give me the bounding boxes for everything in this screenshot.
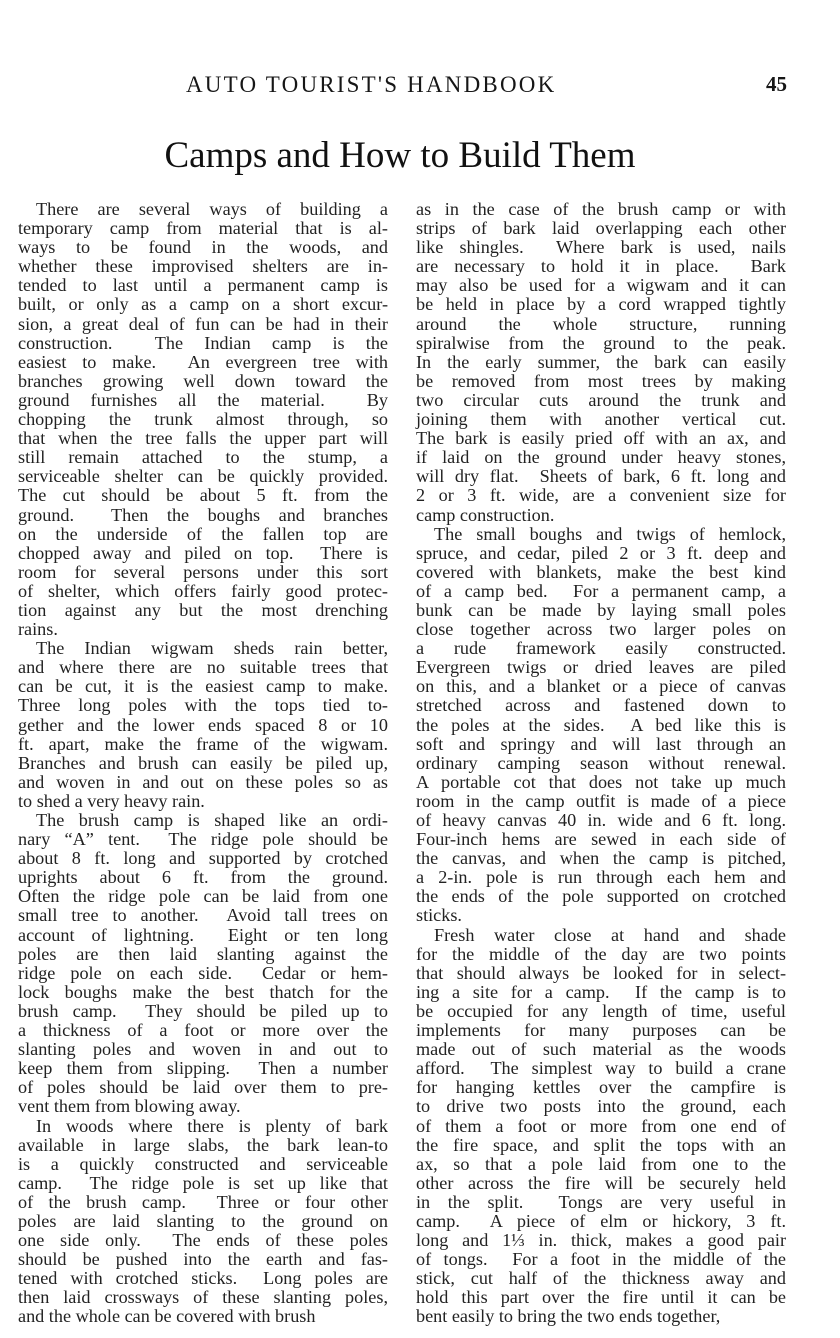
text-line: of heavy canvas 40 in. wide and 6 ft. lo…	[416, 811, 786, 830]
text-line: chopped away and piled on top. There is	[18, 544, 388, 563]
text-line: in the split. Tongs are very useful in	[416, 1193, 786, 1212]
text-line: branches growing well down toward the	[18, 372, 388, 391]
text-line: sion, a great deal of fun can be had in …	[18, 315, 388, 334]
text-line: whether these improvised shelters are in…	[18, 257, 388, 276]
paragraph: The brush camp is shaped like an ordi-na…	[18, 811, 388, 1117]
text-line: about 8 ft. long and supported by crotch…	[18, 849, 388, 868]
text-line: to drive two posts into the ground, each	[416, 1097, 786, 1116]
text-line: hold this part over the fire until it ca…	[416, 1288, 786, 1307]
text-line: be held in place by a cord wrapped tight…	[416, 295, 786, 314]
text-line: sticks.	[416, 906, 786, 925]
text-line: keep them from slipping. Then a number	[18, 1059, 388, 1078]
text-line: ground. Then the boughs and branches	[18, 506, 388, 525]
text-line: temporary camp from material that is al-	[18, 219, 388, 238]
text-line: will dry flat. Sheets of bark, 6 ft. lon…	[416, 467, 786, 486]
text-line: vent them from blowing away.	[18, 1097, 388, 1116]
text-line: Branches and brush can easily be piled u…	[18, 754, 388, 773]
text-line: covered with blankets, make the best kin…	[416, 563, 786, 582]
text-line: of them a foot or more from one end of	[416, 1117, 786, 1136]
text-line: still remain attached to the stump, a	[18, 448, 388, 467]
text-line: nary “A” tent. The ridge pole should be	[18, 830, 388, 849]
text-line: stick, cut half of the thickness away an…	[416, 1269, 786, 1288]
text-line: Fresh water close at hand and shade	[416, 926, 786, 945]
text-line: The Indian wigwam sheds rain better,	[18, 639, 388, 658]
text-line: ax, so that a pole laid from one to the	[416, 1155, 786, 1174]
text-line: The small boughs and twigs of hemlock,	[416, 525, 786, 544]
text-line: In woods where there is plenty of bark	[18, 1117, 388, 1136]
text-line: a thickness of a foot or more over the	[18, 1021, 388, 1040]
text-line: to shed a very heavy rain.	[18, 792, 388, 811]
text-line: of tongs. For a foot in the middle of th…	[416, 1250, 786, 1269]
text-line: are necessary to hold it in place. Bark	[416, 257, 786, 276]
text-line: joining them with another vertical cut.	[416, 410, 786, 429]
left-column: There are several ways of building atemp…	[18, 200, 388, 1327]
text-line: room in the camp outfit is made of a pie…	[416, 792, 786, 811]
text-line: 2 or 3 ft. wide, are a convenient size f…	[416, 486, 786, 505]
text-line: can be cut, it is the easiest camp to ma…	[18, 677, 388, 696]
text-line: ft. apart, make the frame of the wigwam.	[18, 735, 388, 754]
text-line: spiralwise from the ground to the peak.	[416, 334, 786, 353]
text-line: for the middle of the day are two points	[416, 945, 786, 964]
text-line: There are several ways of building a	[18, 200, 388, 219]
text-line: ing a site for a camp. If the camp is to	[416, 983, 786, 1002]
text-line: lock boughs make the best thatch for the	[18, 983, 388, 1002]
text-line: of a camp bed. For a permanent camp, a	[416, 582, 786, 601]
text-line: that should always be looked for in sele…	[416, 964, 786, 983]
text-line: In the early summer, the bark can easily	[416, 353, 786, 372]
text-line: poles are laid slanting to the ground on	[18, 1212, 388, 1231]
text-line: afford. The simplest way to build a cran…	[416, 1059, 786, 1078]
text-line: chopping the trunk almost through, so	[18, 410, 388, 429]
text-line: two circular cuts around the trunk and	[416, 391, 786, 410]
chapter-title: Camps and How to Build Them	[0, 134, 800, 177]
text-line: as in the case of the brush camp or with	[416, 200, 786, 219]
paragraph: The Indian wigwam sheds rain better,and …	[18, 639, 388, 811]
paragraph: as in the case of the brush camp or with…	[416, 200, 786, 525]
text-line: of shelter, which offers fairly good pro…	[18, 582, 388, 601]
text-line: on the underside of the fallen top are	[18, 525, 388, 544]
text-line: and the whole can be covered with brush	[18, 1307, 388, 1326]
text-line: tened with crotched sticks. Long poles a…	[18, 1269, 388, 1288]
text-line: bent easily to bring the two ends togeth…	[416, 1307, 786, 1326]
text-line: other across the fire will be securely h…	[416, 1174, 786, 1193]
text-line: ridge pole on each side. Cedar or hem-	[18, 964, 388, 983]
text-line: ground furnishes all the material. By	[18, 391, 388, 410]
text-line: the ends of the pole supported on crotch…	[416, 887, 786, 906]
text-line: poles are then laid slanting against the	[18, 945, 388, 964]
text-line: easiest to make. An evergreen tree with	[18, 353, 388, 372]
paragraph: There are several ways of building atemp…	[18, 200, 388, 639]
text-line: soft and springy and will last through a…	[416, 735, 786, 754]
text-line: tion against any but the most drenching	[18, 601, 388, 620]
text-line: of the brush camp. Three or four other	[18, 1193, 388, 1212]
text-line: that when the tree falls the upper part …	[18, 429, 388, 448]
text-line: ordinary camping season without renewal.	[416, 754, 786, 773]
text-line: construction. The Indian camp is the	[18, 334, 388, 353]
text-line: Four-inch hems are sewed in each side of	[416, 830, 786, 849]
text-line: a rude framework easily constructed.	[416, 639, 786, 658]
text-line: camp. The ridge pole is set up like that	[18, 1174, 388, 1193]
text-line: long and 1⅓ in. thick, makes a good pair	[416, 1231, 786, 1250]
text-line: may also be used for a wigwam and it can	[416, 276, 786, 295]
right-column: as in the case of the brush camp or with…	[416, 200, 786, 1327]
text-line: the canvas, and when the camp is pitched…	[416, 849, 786, 868]
text-line: be removed from most trees by making	[416, 372, 786, 391]
page-number: 45	[766, 72, 787, 97]
text-line: around the whole structure, running	[416, 315, 786, 334]
text-line: of poles should be laid over them to pre…	[18, 1078, 388, 1097]
text-line: The bark is easily pried off with an ax,…	[416, 429, 786, 448]
text-line: then laid crossways of these slanting po…	[18, 1288, 388, 1307]
text-line: for hanging kettles over the campfire is	[416, 1078, 786, 1097]
text-line: rains.	[18, 620, 388, 639]
running-title: AUTO TOURIST'S HANDBOOK	[186, 72, 556, 98]
text-line: should be pushed into the earth and fas-	[18, 1250, 388, 1269]
text-line: close together across two larger poles o…	[416, 620, 786, 639]
text-line: The cut should be about 5 ft. from the	[18, 486, 388, 505]
text-line: and where there are no suitable trees th…	[18, 658, 388, 677]
text-line: stretched across and fastened down to	[416, 696, 786, 715]
text-line: serviceable shelter can be quickly provi…	[18, 467, 388, 486]
text-line: gether and the lower ends spaced 8 or 10	[18, 716, 388, 735]
text-line: is a quickly constructed and serviceable	[18, 1155, 388, 1174]
text-line: Evergreen twigs or dried leaves are pile…	[416, 658, 786, 677]
text-line: The brush camp is shaped like an ordi-	[18, 811, 388, 830]
text-line: room for several persons under this sort	[18, 563, 388, 582]
paragraph: Fresh water close at hand and shadefor t…	[416, 926, 786, 1327]
text-line: made out of such material as the woods	[416, 1040, 786, 1059]
text-line: account of lightning. Eight or ten long	[18, 926, 388, 945]
text-line: strips of bark laid overlapping each oth…	[416, 219, 786, 238]
text-line: one side only. The ends of these poles	[18, 1231, 388, 1250]
text-line: tended to last until a permanent camp is	[18, 276, 388, 295]
text-line: the fire space, and split the tops with …	[416, 1136, 786, 1155]
text-line: available in large slabs, the bark lean-…	[18, 1136, 388, 1155]
text-line: small tree to another. Avoid tall trees …	[18, 906, 388, 925]
text-line: uprights about 6 ft. from the ground.	[18, 868, 388, 887]
text-line: camp. A piece of elm or hickory, 3 ft.	[416, 1212, 786, 1231]
text-line: like shingles. Where bark is used, nails	[416, 238, 786, 257]
paragraph: The small boughs and twigs of hemlock,sp…	[416, 525, 786, 926]
text-line: spruce, and cedar, piled 2 or 3 ft. deep…	[416, 544, 786, 563]
text-line: built, or only as a camp on a short excu…	[18, 295, 388, 314]
paragraph: In woods where there is plenty of barkav…	[18, 1117, 388, 1327]
text-line: a 2-in. pole is run through each hem and	[416, 868, 786, 887]
text-line: camp construction.	[416, 506, 786, 525]
text-line: and woven in and out on these poles so a…	[18, 773, 388, 792]
text-line: on this, and a blanket or a piece of can…	[416, 677, 786, 696]
text-line: brush camp. They should be piled up to	[18, 1002, 388, 1021]
text-line: implements for many purposes can be	[416, 1021, 786, 1040]
text-line: Three long poles with the tops tied to-	[18, 696, 388, 715]
text-line: bunk can be made by laying small poles	[416, 601, 786, 620]
running-header: AUTO TOURIST'S HANDBOOK 45	[0, 72, 840, 100]
text-line: slanting poles and woven in and out to	[18, 1040, 388, 1059]
text-line: Often the ridge pole can be laid from on…	[18, 887, 388, 906]
text-line: A portable cot that does not take up muc…	[416, 773, 786, 792]
text-line: the poles at the sides. A bed like this …	[416, 716, 786, 735]
text-line: be occupied for any length of time, usef…	[416, 1002, 786, 1021]
text-line: ways to be found in the woods, and	[18, 238, 388, 257]
text-line: if laid on the ground under heavy stones…	[416, 448, 786, 467]
